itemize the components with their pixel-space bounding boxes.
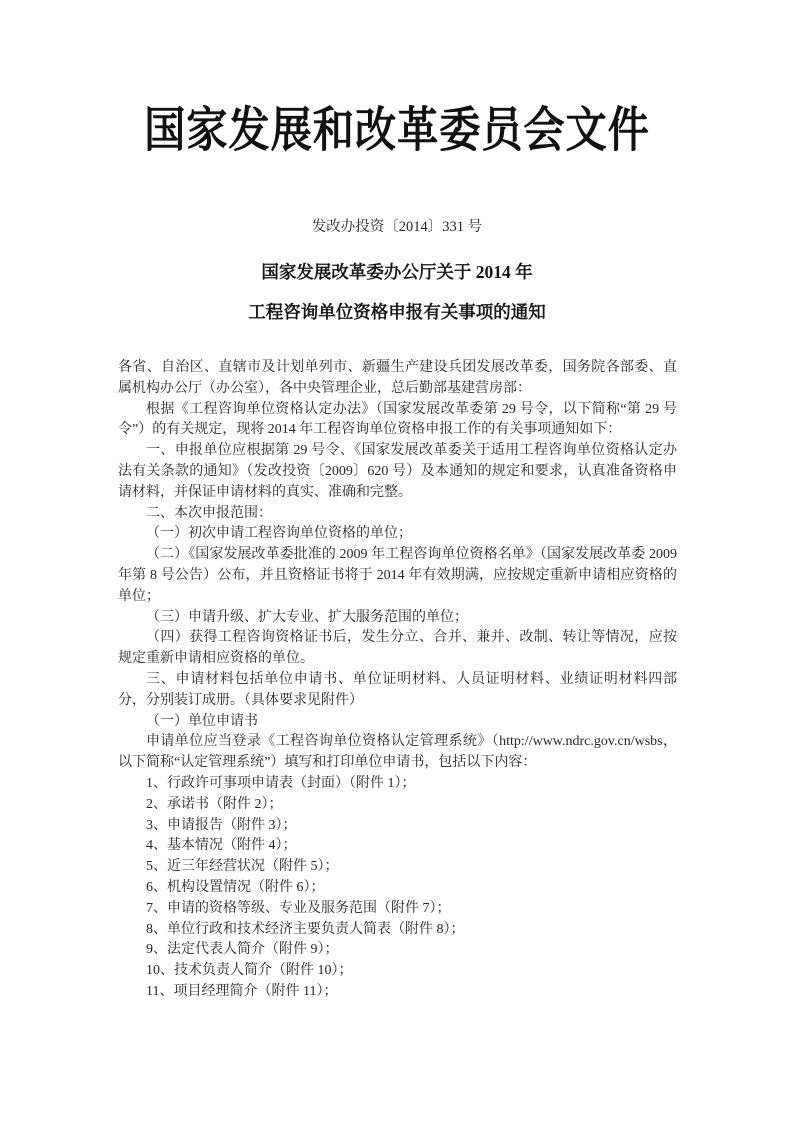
paragraph-scope-item2: （二）《国家发展改革委批准的 2009 年工程咨询单位资格名单》（国家发展改革委… <box>118 545 677 607</box>
list-item-3: 3、申请报告（附件 3）； <box>118 816 677 837</box>
list-item-9: 9、法定代表人简介（附件 9）； <box>118 940 677 961</box>
paragraph-system-login: 申请单位应当登录《工程咨询单位资格认定管理系统》（http://www.ndrc… <box>118 732 677 774</box>
list-item-1: 1、行政许可事项申请表（封面）（附件 1）； <box>118 774 677 795</box>
paragraph-section3: 三、申请材料包括单位申请书、单位证明材料、人员证明材料、业绩证明材料四部分，分别… <box>118 670 677 712</box>
document-title: 国家发展改革委办公厅关于 2014 年 工程咨询单位资格申报有关事项的通知 <box>0 252 794 332</box>
paragraph-subsection1-heading: （一）单位申请书 <box>118 712 677 733</box>
paragraph-section1: 一、申报单位应根据第 29 号令、《国家发展改革委关于适用工程咨询单位资格认定办… <box>118 441 677 503</box>
agency-letterhead-title: 国家发展和改革委员会文件 <box>56 102 739 160</box>
list-item-7: 7、申请的资格等级、专业及服务范围（附件 7）； <box>118 899 677 920</box>
paragraph-addressees: 各省、自治区、直辖市及计划单列市、新疆生产建设兵团发展改革委，国务院各部委、直属… <box>118 358 677 400</box>
document-title-line1: 国家发展改革委办公厅关于 2014 年 <box>0 252 794 292</box>
list-item-6: 6、机构设置情况（附件 6）； <box>118 878 677 899</box>
paragraph-scope-item4: （四）获得工程咨询资格证书后，发生分立、合并、兼并、改制、转让等情况，应按规定重… <box>118 628 677 670</box>
paragraph-section2-heading: 二、本次申报范围： <box>118 504 677 525</box>
list-item-8: 8、单位行政和技术经济主要负责人简表（附件 8）； <box>118 920 677 941</box>
document-number: 发改办投资〔2014〕331 号 <box>0 218 794 236</box>
list-item-10: 10、技术负责人简介（附件 10）； <box>118 961 677 982</box>
paragraph-basis: 根据《工程咨询单位资格认定办法》（国家发展改革委第 29 号令，以下简称“第 2… <box>118 400 677 442</box>
list-item-2: 2、承诺书（附件 2）； <box>118 795 677 816</box>
list-item-11: 11、项目经理简介（附件 11）； <box>118 982 677 1003</box>
document-title-line2: 工程咨询单位资格申报有关事项的通知 <box>0 292 794 332</box>
paragraph-scope-item1: （一）初次申请工程咨询单位资格的单位； <box>118 524 677 545</box>
list-item-4: 4、基本情况（附件 4）； <box>118 836 677 857</box>
paragraph-scope-item3: （三）申请升级、扩大专业、扩大服务范围的单位； <box>118 608 677 629</box>
document-page: 国家发展和改革委员会文件 发改办投资〔2014〕331 号 国家发展改革委办公厅… <box>0 0 794 1123</box>
list-item-5: 5、近三年经营状况（附件 5）； <box>118 857 677 878</box>
document-body: 各省、自治区、直辖市及计划单列市、新疆生产建设兵团发展改革委，国务院各部委、直属… <box>118 358 677 1003</box>
